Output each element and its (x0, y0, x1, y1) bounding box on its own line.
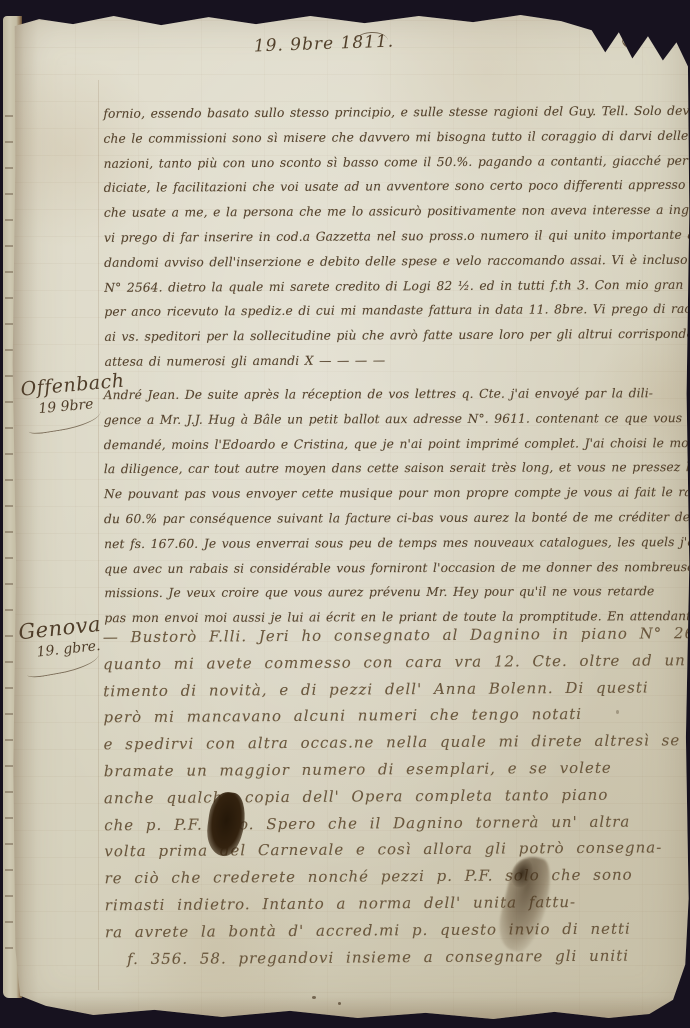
text-line: re ciò che crederete nonché pezzi p. P.F… (104, 861, 690, 892)
text-line: ai vs. speditori per la sollecitudine pi… (104, 321, 690, 349)
text-line: dandomi avviso dell'inserzione e debito … (104, 247, 690, 275)
text-line: che le commissioni sono sì misere che da… (103, 123, 690, 151)
previous-page-text-fragments (5, 96, 13, 956)
text-line: du 60.% par conséquence suivant la factu… (104, 505, 690, 532)
text-line: vi prego di far inserire in cod.a Gazzet… (104, 222, 690, 250)
entry-continuation-text: fornio, essendo basato sullo stesso prin… (103, 98, 690, 374)
text-line: André Jean. De suite après la réception … (104, 381, 690, 408)
text-line: e spedirvi con altra occas.ne nella qual… (104, 727, 690, 758)
ink-speck (338, 1002, 341, 1005)
text-line: però mi mancavano alcuni numeri che teng… (103, 700, 690, 731)
text-line: f. 356. 58. pregandovi insieme a consegn… (105, 941, 690, 972)
text-line: volta prima del Carnevale e così allora … (104, 834, 690, 865)
text-line: nazioni, tanto più con uno sconto sì bas… (104, 148, 690, 176)
text-line: N° 2564. dietro la quale mi sarete credi… (104, 272, 690, 300)
text-line: la diligence, car tout autre moyen dans … (104, 455, 690, 482)
photo-background: { "document": { "folio_number": "623-", … (0, 0, 690, 1028)
text-line: attesa di numerosi gli amandi X — — — — (105, 346, 690, 374)
text-line: fornio, essendo basato sullo stesso prin… (103, 98, 690, 126)
text-line: bramate un maggior numero di esemplari, … (104, 754, 690, 785)
header-date: 19. 9bre 1811. (253, 32, 394, 57)
text-line: rimasti indietro. Intanto a norma dell' … (105, 888, 690, 919)
text-line: gence a Mr. J.J. Hug à Bâle un petit bal… (104, 406, 690, 433)
text-line: che p. P.F. solo. Spero che il Dagnino t… (104, 807, 690, 838)
text-line: timento di novità, e di pezzi dell' Anna… (103, 673, 690, 704)
margin-rule-line (98, 80, 99, 990)
text-line: ra avrete la bontà d' accred.mi p. quest… (105, 915, 690, 946)
text-line: net fs. 167.60. Je vous enverrai sous pe… (104, 530, 690, 557)
text-line: missions. Je veux croire que vous aurez … (104, 579, 690, 606)
text-line: Ne pouvant pas vous envoyer cette musiqu… (104, 480, 690, 507)
text-line: quanto mi avete commesso con cara vra 12… (103, 647, 690, 678)
entry-offenbach-text: André Jean. De suite après la réception … (104, 381, 690, 631)
folio-number: 623- (618, 16, 650, 51)
margin-label-genova: Genova 19. gbre. (17, 612, 105, 677)
manuscript-page: 623- 19. 9bre 1811. fornio, essendo basa… (12, 10, 690, 1020)
text-line: demandé, moins l'Edoardo e Cristina, que… (104, 430, 690, 457)
text-line: che usate a me, e la persona che me lo a… (104, 197, 690, 225)
ink-speck (312, 996, 316, 999)
text-line: diciate, le facilitazioni che voi usate … (104, 173, 690, 201)
text-line: — Bustorò F.lli. Jeri ho consegnato al D… (103, 620, 690, 651)
text-line: que avec un rabais si considérable vous … (104, 554, 690, 581)
text-line: per anco ricevuto la spediz.e di cui mi … (104, 297, 690, 325)
entry-genova-text: — Bustorò F.lli. Jeri ho consegnato al D… (103, 620, 690, 973)
ink-speck (616, 710, 619, 714)
text-line: anche qualche copia dell' Opera completa… (104, 781, 690, 812)
